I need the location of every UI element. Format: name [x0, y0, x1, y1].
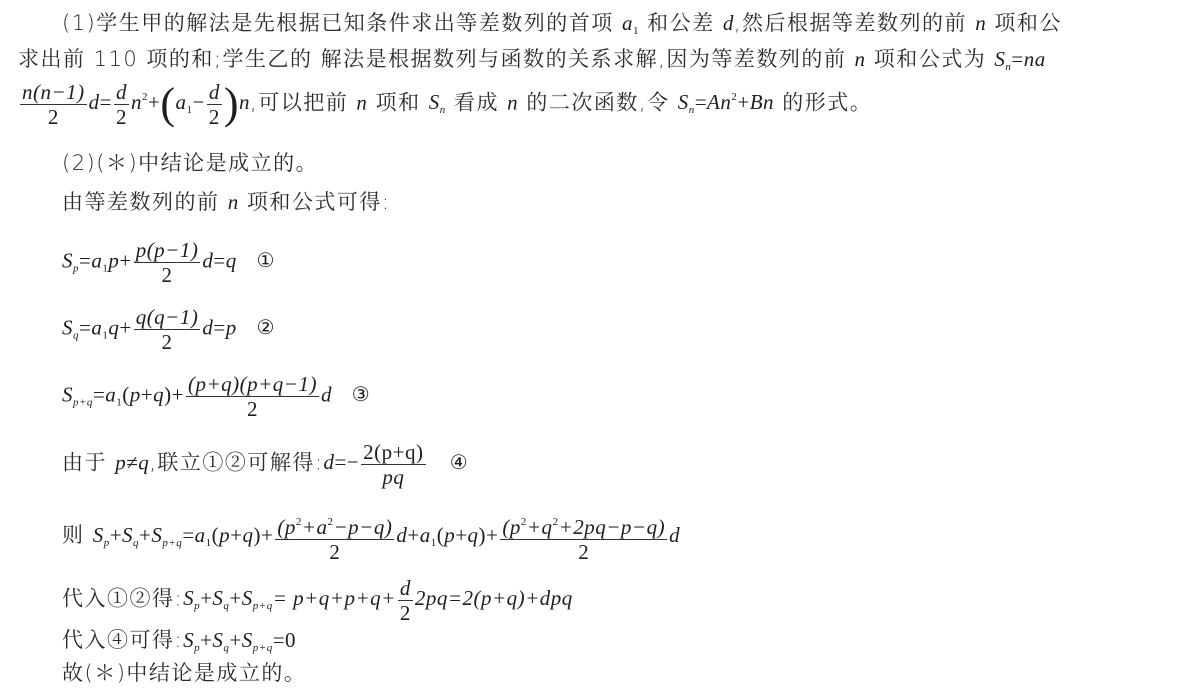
- equation-5: 则 Sp+Sq+Sp+q=a1(p+q)+(p2+a2−p−q)2d+a1(p+…: [62, 510, 680, 564]
- circled-marker-3: ③: [352, 382, 370, 406]
- part2-intro: 由等差数列的前 n 项和公式可得:: [62, 189, 390, 215]
- math-sn-quadratic: Sn=An2+Bn: [678, 90, 774, 114]
- text: 项和公: [994, 11, 1062, 35]
- heading-text: (2)(＊)中结论是成立的。: [62, 151, 318, 175]
- circled-marker-2: ②: [256, 315, 274, 339]
- fraction: (p2+a2−p−q)2: [275, 510, 394, 564]
- math-a1: a1: [622, 11, 639, 35]
- text: ,然后根据等差数列的前: [734, 11, 967, 35]
- math-n: n: [356, 90, 367, 114]
- text: 项和公式可得:: [247, 190, 391, 214]
- fraction: 2(p+q)pq: [361, 440, 425, 489]
- part2-heading: (2)(＊)中结论是成立的。: [62, 150, 318, 176]
- math-d: d: [723, 11, 734, 35]
- text: 的形式。: [782, 90, 872, 114]
- equation-3: Sp+q=a1(p+q)+(p+q)(p+q−1)2d ③: [62, 372, 370, 421]
- conclusion: 故(＊)中结论是成立的。: [62, 660, 306, 686]
- circled-marker-1: ①: [256, 248, 274, 272]
- circled-marker-4: ④: [450, 450, 469, 474]
- text: ,联立①②可解得:: [149, 450, 323, 474]
- text: 代入④可得:: [62, 628, 183, 652]
- math-expression: n(n−1)2d=d2n2+(a1−d2)n: [18, 90, 250, 114]
- math-sum-expansion: Sp+Sq+Sp+q=a1(p+q)+(p2+a2−p−q)2d+a1(p+q)…: [93, 523, 680, 547]
- math-sn-formula: Sn=na: [994, 47, 1045, 71]
- math-sum-zero: Sp+Sq+Sp+q=0: [183, 628, 296, 652]
- fraction: (p2+q2+2pq−p−q)2: [500, 510, 667, 564]
- fraction: d2: [398, 576, 413, 625]
- math-sn: Sn: [429, 90, 446, 114]
- math-n: n: [855, 47, 866, 71]
- text: 由于: [62, 450, 107, 474]
- text: 由等差数列的前: [62, 190, 220, 214]
- text: (1)学生甲的解法是先根据已知条件求出等差数列的首项: [62, 11, 614, 35]
- equation-4: 由于 p≠q,联立①②可解得:d=−2(p+q)pq ④: [62, 440, 469, 489]
- equation-7: 代入④可得:Sp+Sq+Sp+q=0: [62, 627, 296, 661]
- fraction: d2: [207, 80, 222, 129]
- text: 求出前 110 项的和;学生乙的 解法是根据数列与函数的关系求解,因为等差数列的…: [18, 47, 846, 71]
- part1-line2: 求出前 110 项的和;学生乙的 解法是根据数列与函数的关系求解,因为等差数列的…: [18, 46, 1046, 80]
- fraction: d2: [114, 80, 129, 129]
- math-sum-substituted: Sp+Sq+Sp+q= p+q+p+q+d22pq=2(p+q)+dpq: [183, 586, 573, 610]
- text: 看成: [454, 90, 499, 114]
- math-p-neq-q: p≠q: [115, 450, 149, 474]
- text: 代入①②得:: [62, 586, 183, 610]
- equation-6: 代入①②得:Sp+Sq+Sp+q= p+q+p+q+d22pq=2(p+q)+d…: [62, 576, 573, 625]
- fraction: p(p−1)2: [134, 238, 201, 287]
- math-d-solution: d=−2(p+q)pq: [323, 450, 427, 474]
- text: 和公差: [647, 11, 715, 35]
- part1-line3: n(n−1)2d=d2n2+(a1−d2)n,可以把前 n 项和 Sn 看成 n…: [18, 80, 872, 129]
- text: 则: [62, 523, 85, 547]
- text: 项和: [376, 90, 421, 114]
- fraction: (p+q)(p+q−1)2: [186, 372, 319, 421]
- fraction: q(q−1)2: [134, 305, 201, 354]
- text: 项和公式为: [874, 47, 987, 71]
- conclusion-text: 故(＊)中结论是成立的。: [62, 661, 306, 685]
- equation-1: Sp=a1p+p(p−1)2d=q ①: [62, 238, 275, 287]
- fraction: n(n−1)2: [20, 80, 87, 129]
- text: ,可以把前: [250, 90, 348, 114]
- text: 的二次函数,令: [526, 90, 669, 114]
- math-n: n: [228, 190, 239, 214]
- math-n: n: [975, 11, 986, 35]
- equation-2: Sq=a1q+q(q−1)2d=p ②: [62, 305, 275, 354]
- part1-line1: (1)学生甲的解法是先根据已知条件求出等差数列的首项 a1 和公差 d,然后根据…: [62, 10, 1062, 44]
- math-n: n: [507, 90, 518, 114]
